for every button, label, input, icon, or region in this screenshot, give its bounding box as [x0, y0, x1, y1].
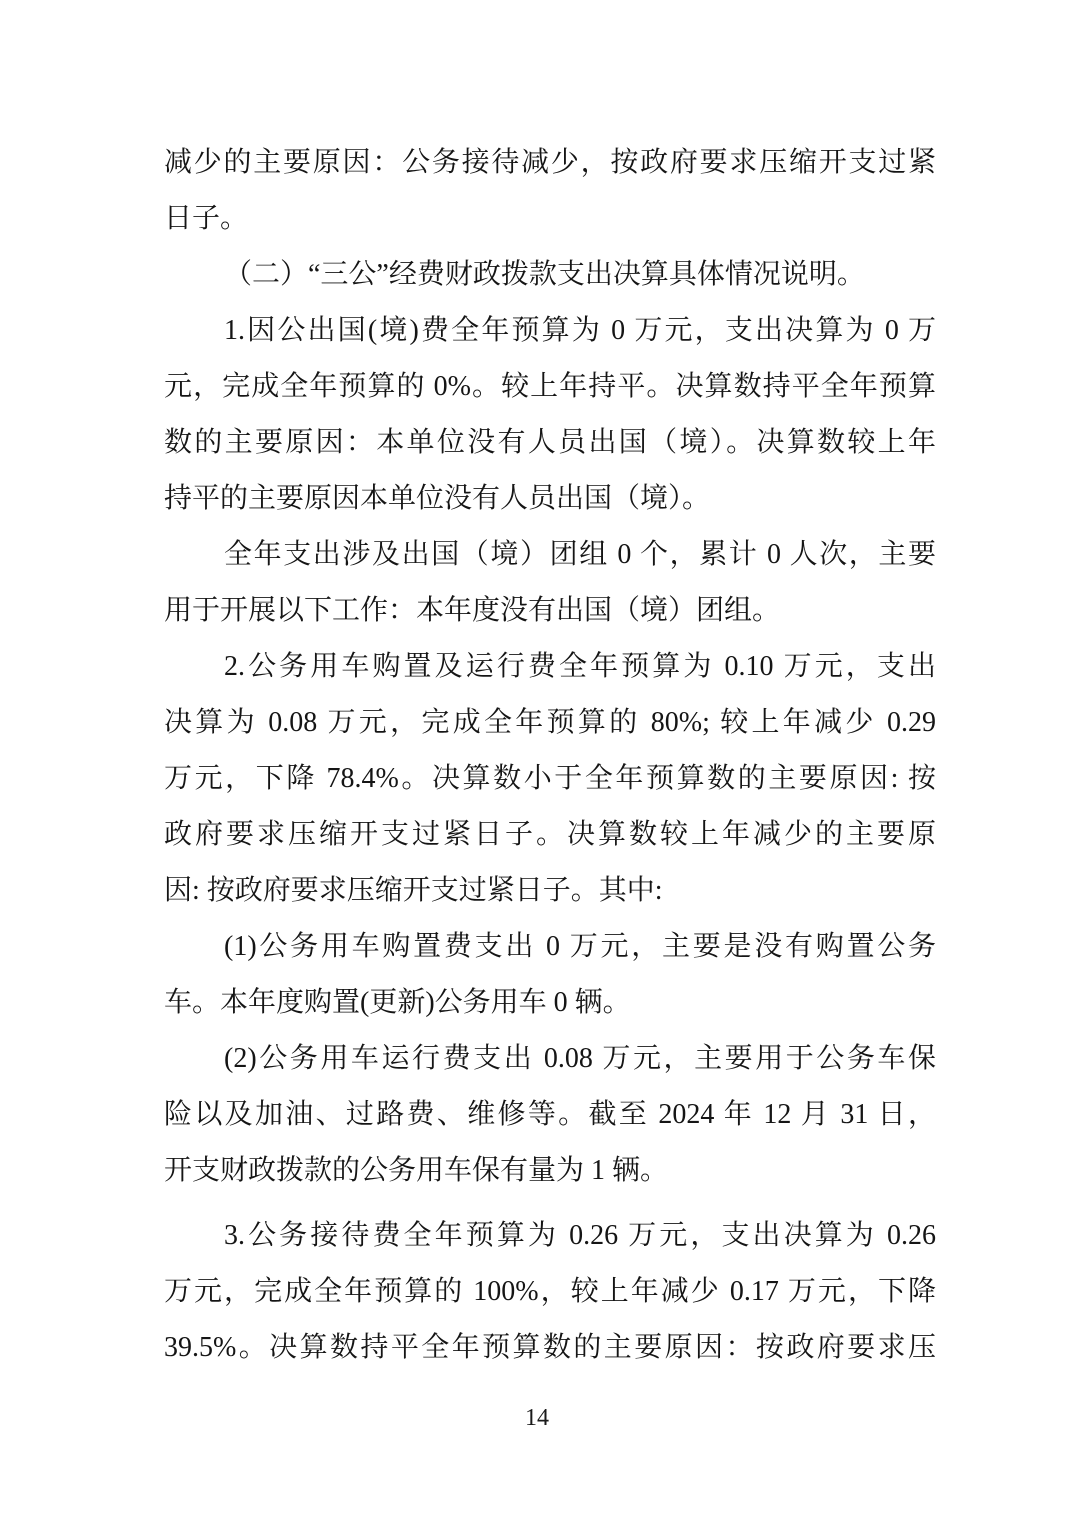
- body-line: 决算为 0.08 万元，完成全年预算的 80%; 较上年减少 0.29: [164, 695, 936, 751]
- body-line: 开支财政拨款的公务用车保有量为 1 辆。: [164, 1143, 936, 1199]
- body-line: 39.5%。决算数持平全年预算数的主要原因：按政府要求压: [164, 1320, 936, 1376]
- body-line: 持平的主要原因本单位没有人员出国（境）。: [164, 471, 936, 527]
- body-line: 2.公务用车购置及运行费全年预算为 0.10 万元，支出: [164, 639, 936, 695]
- body-line: 用于开展以下工作：本年度没有出国（境）团组。: [164, 583, 936, 639]
- body-line: 万元，下降 78.4%。决算数小于全年预算数的主要原因: 按: [164, 751, 936, 807]
- body-line: (2)公务用车运行费支出 0.08 万元，主要用于公务车保: [164, 1031, 936, 1087]
- body-line: 全年支出涉及出国（境）团组 0 个，累计 0 人次，主要: [164, 527, 936, 583]
- body-line: 元，完成全年预算的 0%。较上年持平。决算数持平全年预算: [164, 359, 936, 415]
- body-line: 减少的主要原因：公务接待减少，按政府要求压缩开支过紧: [164, 135, 936, 191]
- body-line: 因: 按政府要求压缩开支过紧日子。其中:: [164, 863, 936, 919]
- body-line: 日子。: [164, 191, 936, 247]
- body-line: 数的主要原因：本单位没有人员出国（境）。决算数较上年: [164, 415, 936, 471]
- body-line: （二）“三公”经费财政拨款支出决算具体情况说明。: [164, 247, 936, 303]
- body-text: 减少的主要原因：公务接待减少，按政府要求压缩开支过紧日子。（二）“三公”经费财政…: [164, 135, 936, 1376]
- body-line: 车。本年度购置(更新)公务用车 0 辆。: [164, 975, 936, 1031]
- body-line: 险以及加油、过路费、维修等。截至 2024 年 12 月 31 日，: [164, 1087, 936, 1143]
- body-line: 万元，完成全年预算的 100%，较上年减少 0.17 万元，下降: [164, 1264, 936, 1320]
- document-page: 减少的主要原因：公务接待减少，按政府要求压缩开支过紧日子。（二）“三公”经费财政…: [0, 0, 1074, 1520]
- body-line: 1.因公出国(境)费全年预算为 0 万元，支出决算为 0 万: [164, 303, 936, 359]
- page-number: 14: [0, 1404, 1074, 1432]
- body-line: 政府要求压缩开支过紧日子。决算数较上年减少的主要原: [164, 807, 936, 863]
- body-line: 3.公务接待费全年预算为 0.26 万元，支出决算为 0.26: [164, 1208, 936, 1264]
- body-line: (1)公务用车购置费支出 0 万元，主要是没有购置公务: [164, 919, 936, 975]
